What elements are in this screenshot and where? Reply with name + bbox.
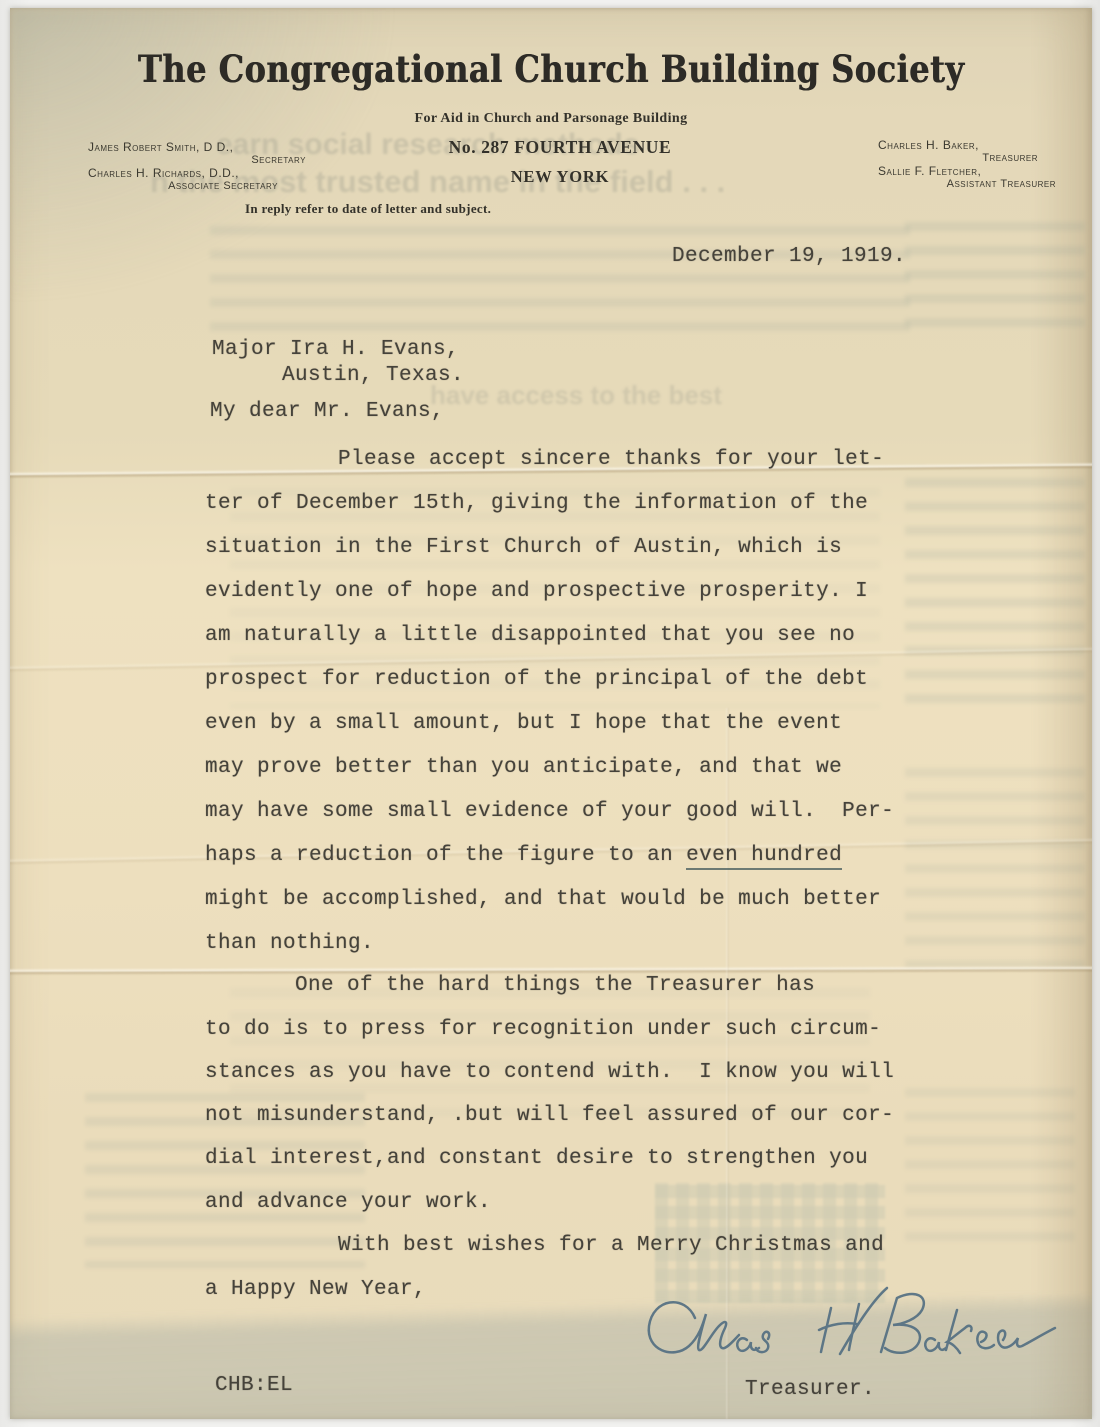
official-name: Charles H. Richards, D.D., (88, 166, 318, 180)
letterhead-tagline: For Aid in Church and Parsonage Building (10, 111, 1092, 127)
body-line: to do is to press for recognition under … (205, 1018, 881, 1041)
closing-line: a Happy New Year, (205, 1278, 426, 1301)
official-name: Charles H. Baker, (878, 138, 1078, 152)
ghost-showthrough-lines (230, 988, 870, 1118)
paper-tint-right-edge (1032, 8, 1092, 1419)
body-line: and advance your work. (205, 1191, 491, 1214)
body-line: dial interest,and constant desire to str… (205, 1147, 868, 1170)
body-line: may have some small evidence of your goo… (205, 800, 894, 823)
recipient-city: Austin, Texas. (282, 364, 464, 387)
official-title: Treasurer (878, 152, 1078, 164)
body-line: not misunderstand, .but will feel assure… (205, 1104, 894, 1127)
letter-paper: earn social research methods n the most … (10, 8, 1092, 1419)
signature-handwriting (635, 1284, 1075, 1376)
body-line: even by a small amount, but I hope that … (205, 712, 842, 735)
official-title: Assistant Treasurer (878, 178, 1078, 190)
official-name: James Robert Smith, D D., (88, 140, 318, 154)
body-line: may prove better than you anticipate, an… (205, 756, 842, 779)
body-line-with-underline: haps a reduction of the figure to an eve… (205, 844, 842, 867)
recipient-name: Major Ira H. Evans, (212, 338, 459, 361)
body-line: Please accept sincere thanks for your le… (338, 448, 884, 471)
official-title: Secretary (88, 154, 318, 166)
reply-note: In reply refer to date of letter and sub… (245, 201, 491, 217)
body-line: than nothing. (205, 932, 374, 955)
body-line: situation in the First Church of Austin,… (205, 536, 842, 559)
ghost-showthrough-lines (905, 768, 1085, 968)
ghost-fragment: have access to the best (430, 380, 722, 411)
body-line: stances as you have to contend with. I k… (205, 1061, 894, 1084)
letterhead-address: No. 287 FOURTH AVENUE NEW YORK (340, 137, 780, 187)
salutation: My dear Mr. Evans, (210, 400, 444, 423)
letterhead-title: The Congregational Church Building Socie… (10, 47, 1092, 92)
body-line: evidently one of hope and prospective pr… (205, 580, 868, 603)
signature-title: Treasurer. (745, 1378, 875, 1401)
body-line: ter of December 15th, giving the informa… (205, 492, 868, 515)
address-street: No. 287 FOURTH AVENUE (340, 137, 780, 158)
body-line-prefix: haps a reduction of the figure to an (205, 844, 686, 867)
body-line: am naturally a little disappointed that … (205, 624, 855, 647)
address-city: NEW YORK (340, 167, 780, 187)
date-line: December 19, 1919. (672, 245, 906, 268)
official-name: Sallie F. Fletcher, (878, 164, 1078, 178)
body-line: prospect for reduction of the principal … (205, 668, 868, 691)
officials-left: James Robert Smith, D D., Secretary Char… (88, 140, 318, 192)
underlined-phrase: even hundred (686, 844, 842, 870)
ghost-showthrough-lines (210, 226, 910, 334)
scanned-letter-page: { "letterhead": { "title": "The Congrega… (0, 0, 1100, 1427)
closing-line: With best wishes for a Merry Christmas a… (338, 1234, 884, 1257)
reference-initials: CHB:EL (215, 1374, 293, 1397)
ghost-showthrough-lines (905, 222, 1085, 342)
body-line: One of the hard things the Treasurer has (295, 974, 815, 997)
ghost-showthrough-lines (905, 478, 1085, 718)
official-title: Associate Secretary (88, 180, 318, 192)
body-line: might be accomplished, and that would be… (205, 888, 881, 911)
ghost-showthrough-lines (905, 1088, 1075, 1248)
officials-right: Charles H. Baker, Treasurer Sallie F. Fl… (878, 138, 1078, 190)
